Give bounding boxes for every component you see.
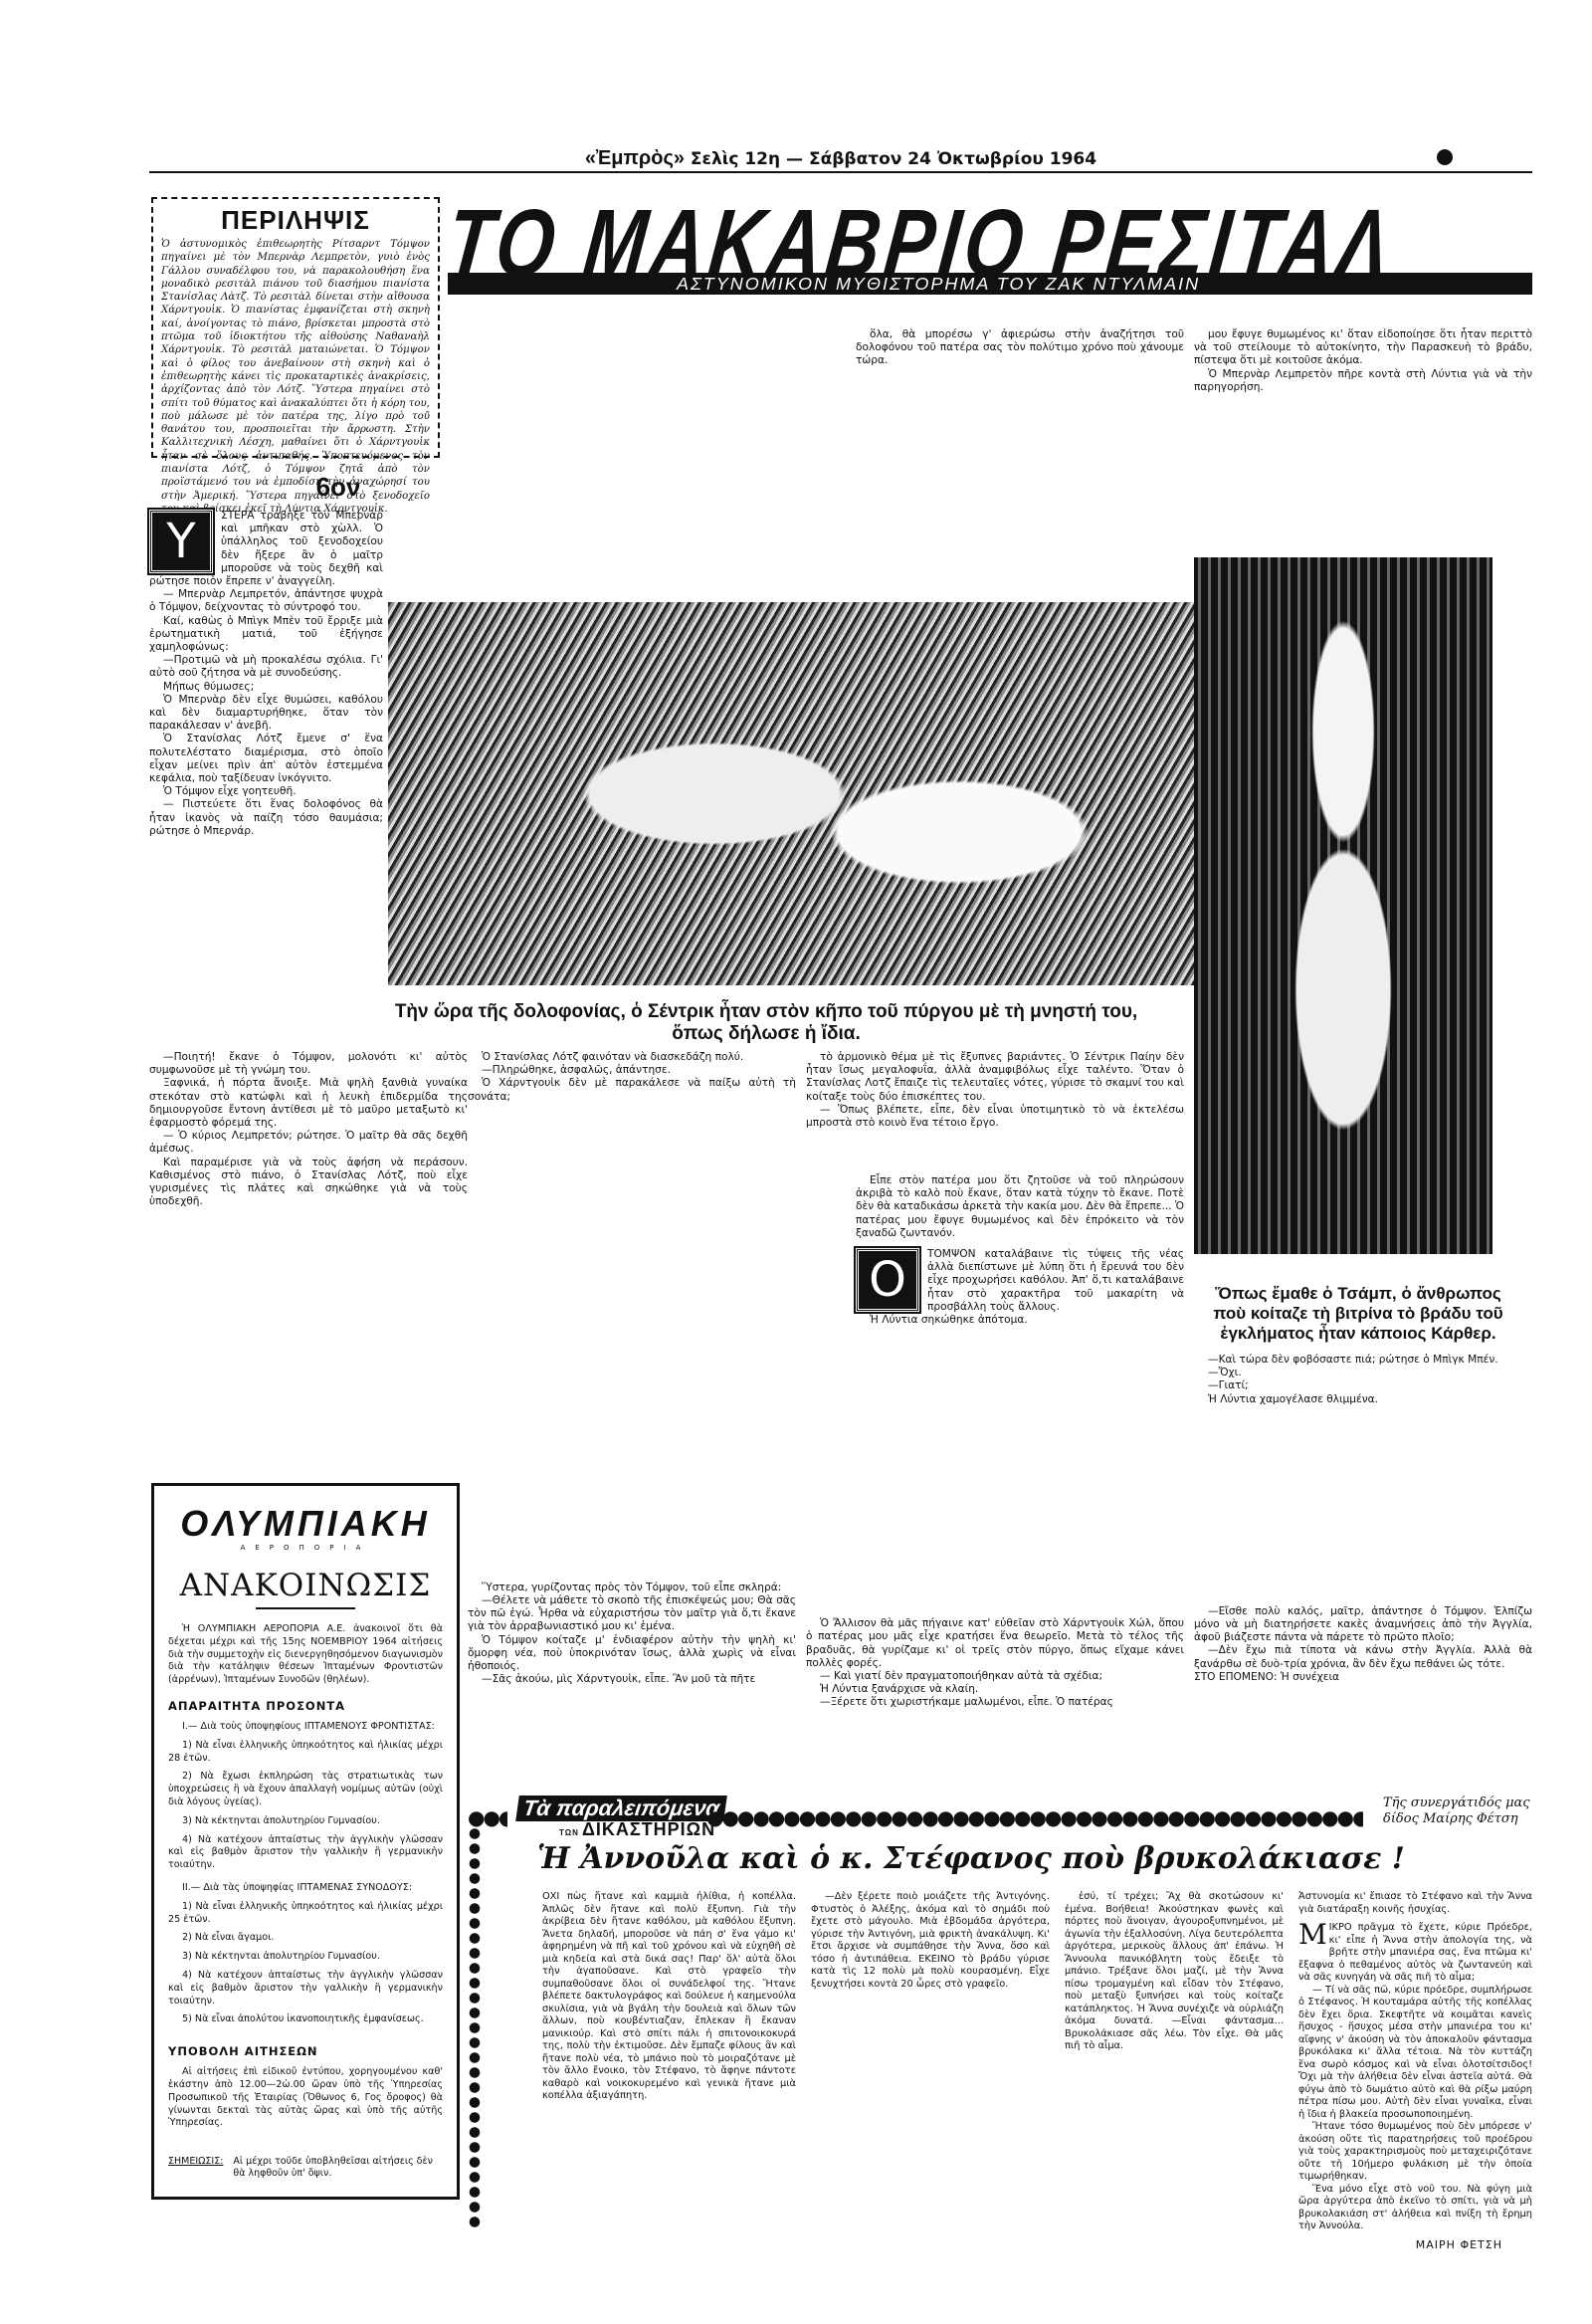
paragraph: Μήπως θύμωσες;: [149, 681, 383, 694]
announcement-intro: Ἡ ΟΛΥΜΠΙΑΚΗ ΑΕΡΟΠΟΡΙΑ Α.Ε. ἀνακοινοῖ ὅτι…: [168, 1623, 443, 1687]
paragraph: —Ποιητή! ἔκανε ὁ Τόμψον, μολονότι κι' αὐ…: [149, 1051, 468, 1077]
paragraph: —Ὄχι.: [1194, 1367, 1532, 1379]
serial-column-1-continued: —Ποιητή! ἔκανε ὁ Τόμψον, μολονότι κι' αὐ…: [149, 1051, 468, 1208]
paragraph: — Ὅπως βλέπετε, εἶπε, δὲν εἶναι ὑποτιμητ…: [806, 1104, 1184, 1130]
requirement-item: 5) Νὰ εἶναι ἀπολύτου ἱκανοποιητικῆς ἐμφα…: [168, 2013, 443, 2026]
serial-column-4: ὅλα, θὰ μπορέσω γ' ἀφιερώσω στὴν ἀναζήτη…: [856, 328, 1184, 368]
olympic-airways-announcement: ΟΛΥΜΠΙΑΚΗ ΑΕΡΟΠΟΡΙΑ ΑΝΑΚΟΙΝΩΣΙΣ Ἡ ΟΛΥΜΠΙ…: [151, 1483, 460, 2200]
byline: Τῆς συνεργάτιδός μας δίδος Μαίρης Φέτση: [1383, 1796, 1530, 1827]
paragraph: — Τί νὰ σᾶς πῶ, κύριε πρόεδρε, συμπλήρωσ…: [1298, 1985, 1532, 2122]
paragraph: Ξαφνικά, ἡ πόρτα ἄνοιξε. Μιὰ ψηλὴ ξανθιὰ…: [149, 1077, 468, 1130]
court-column-brand: Τὰ παραλειπόμενα: [515, 1796, 727, 1821]
note: ΣΗΜΕΙΩΣΙΣ: Αἱ μέχρι τοῦδε ὑποβληθεῖσαι α…: [168, 2156, 443, 2180]
paragraph: Ὁ Τόμψον κοίταζε μ' ἐνδιαφέρον αὐτὴν τὴν…: [468, 1634, 796, 1674]
illustration-murder-scene: [388, 602, 1204, 985]
masthead-separator: —: [786, 149, 803, 169]
paragraph: Ἡ Λύντια χαμογέλασε θλιμμένα.: [1194, 1393, 1532, 1406]
olympic-logo-subtitle: ΑΕΡΟΠΟΡΙΑ: [168, 1544, 443, 1552]
section-heading: ΙΙ.— Διὰ τὰς ὑποψηφίας ΙΠΤΑΜΕΝΑΣ ΣΥΝΟΔΟΥ…: [168, 1882, 443, 1895]
paragraph: ΙΚΡΟ πρᾶγμα τὸ ἔχετε, κύριε Πρόεδρε, κι'…: [1298, 1922, 1532, 1983]
byline-line-2: δίδος Μαίρης Φέτση: [1383, 1811, 1530, 1827]
paragraph: Ὁ Μπερνὰρ δὲν εἶχε θυμώσει, καθόλου καὶ …: [149, 694, 383, 734]
court-column-2: —Δὲν ξέρετε ποιὸ μοιάζετε τῆς Ἀντιγόνης.…: [811, 1891, 1050, 1991]
paragraph: —Προτιμῶ νὰ μὴ προκαλέσω σχόλια. Γι' αὐτ…: [149, 654, 383, 680]
court-column-1: ΟΧΙ πὼς ἤτανε καὶ καμμιὰ ἠλίθια, ἡ κοπέλ…: [542, 1891, 796, 2103]
paragraph: ἐσύ, τί τρέχει; Ἂχ θὰ σκοτώσουν κι' ἐμέν…: [1065, 1891, 1284, 2053]
paragraph: Ἀστυνομία κι' ἔπιασε τὸ Στέφανο καὶ τὴν …: [1298, 1891, 1532, 1916]
paragraph: Ὁ Στανίσλας Λότζ ἔμενε σ' ἕνα πολυτελέστ…: [149, 733, 383, 785]
paragraph: ΟΧΙ πὼς ἤτανε καὶ καμμιὰ ἠλίθια, ἡ κοπέλ…: [542, 1891, 796, 2103]
olympic-logo: ΟΛΥΜΠΙΑΚΗ: [168, 1506, 443, 1542]
serial-subtitle: ΑΣΤΥΝΟΜΙΚΟΝ ΜΥΘΙΣΤΟΡΗΜΑ ΤΟΥ ΖΑΚ ΝΤΥΛΜΑΙΝ: [448, 273, 1532, 295]
paragraph: Ὁ Μπερνὰρ Λεμπρετὸν πῆρε κοντὰ στὴ Λύντι…: [1194, 368, 1532, 394]
serial-column-1: Υ ΣΤΕΡΑ τράβηξε τὸν Μπερνὰρ καὶ μπῆκαν σ…: [149, 510, 383, 838]
paragraph-with-dropcap: Μ ΙΚΡΟ πρᾶγμα τὸ ἔχετε, κύριε Πρόεδρε, κ…: [1298, 1922, 1532, 1985]
paragraph: ὅλα, θὰ μπορέσω γ' ἀφιερώσω στὴν ἀναζήτη…: [856, 328, 1184, 368]
court-column-3: ἐσύ, τί τρέχει; Ἂχ θὰ σκοτώσουν κι' ἐμέν…: [1065, 1891, 1284, 2053]
serial-title-banner: ΤΟ ΜΑΚΑΒΡΙΟ ΡΕΣΙΤΑΛ ΑΣΤΥΝΟΜΙΚΟΝ ΜΥΘΙΣΤΟΡ…: [448, 201, 1532, 296]
requirement-item: 2) Νὰ εἶναι ἄγαμοι.: [168, 1932, 443, 1945]
paragraph: — Μπερνὰρ Λεμπρετόν, ἀπάντησε ψυχρὰ ὁ Τό…: [149, 588, 383, 614]
announcement-title: ΑΝΑΚΟΙΝΩΣΙΣ: [168, 1568, 443, 1603]
paragraph: Ἡ Λύντια σηκώθηκε ἀπότομα.: [856, 1314, 1184, 1327]
paragraph: —Δὲν ἔχω πιὰ τίποτα νὰ κάνω στὴν Ἀγγλία.…: [1194, 1644, 1532, 1670]
paragraph: Ἡ Λύντια ξανάρχισε νὰ κλαίη.: [806, 1683, 1184, 1696]
paragraph: —Σᾶς ἀκούω, μὶς Χάρντγουἱκ, εἶπε. Ἂν μοῦ…: [468, 1673, 796, 1686]
requirement-item: 3) Νὰ κέκτηνται ἀπολυτηρίου Γυμνασίου.: [168, 1815, 443, 1828]
paragraph: τὸ ἁρμονικὸ θέμα μὲ τὶς ἔξυπνες βαριάντε…: [806, 1051, 1184, 1104]
signature: ΜΑΙΡΗ ΦΕΤΣΗ: [1298, 2239, 1532, 2252]
dot-ornament-icon: ●●●●●●●●●●●●●●●●●●●●●●●●●●●●●●●●●●●●●●●●…: [706, 1807, 1363, 1827]
dropcap: Ο: [856, 1248, 919, 1312]
paragraph: —Εἴσθε πολὺ καλός, μαῖτρ, ἀπάντησε ὁ Τόμ…: [1194, 1605, 1532, 1645]
submission-heading: ΥΠΟΒΟΛΗ ΑΙΤΗΣΕΩΝ: [168, 2044, 443, 2058]
to-be-continued: ΣΤΟ ΕΠΟΜΕΝΟ: Ἡ συνέχεια: [1194, 1671, 1532, 1684]
paragraph: — Καὶ γιατί δὲν πραγματοποιήθηκαν αὐτὰ τ…: [806, 1670, 1184, 1683]
paragraph: Ὁ Χάρντγουἱκ δὲν μὲ παρακάλεσε νὰ παίξω …: [468, 1077, 796, 1103]
paragraph: μου ἔφυγε θυμωμένος κι' ὅταν εἰδοποίησε …: [1194, 328, 1532, 368]
serial-column-5-lower: —Καὶ τώρα δὲν φοβόσαστε πιά; ρώτησε ὁ Μπ…: [1194, 1354, 1532, 1684]
requirement-item: 4) Νὰ κατέχουν ἀπταίστως τὴν ἀγγλικὴν γλ…: [168, 1970, 443, 2007]
section-heading: Ι.— Διὰ τοὺς ὑποψηφίους ΙΠΤΑΜΕΝΟΥΣ ΦΡΟΝΤ…: [168, 1721, 443, 1734]
requirement-item: 3) Νὰ κέκτηνται ἀπολυτηρίου Γυμνασίου.: [168, 1951, 443, 1964]
paragraph: —Καὶ τώρα δὲν φοβόσαστε πιά; ρώτησε ὁ Μπ…: [1194, 1354, 1532, 1367]
paragraph: —Δὲν ξέρετε ποιὸ μοιάζετε τῆς Ἀντιγόνης.…: [811, 1891, 1050, 1991]
masthead: «Ἐμπρὸς» Σελὶς 12η — Σάββατον 24 Ὀκτωβρί…: [149, 147, 1532, 173]
divider: [256, 1607, 355, 1609]
paragraph: Ὁ Τόμψον εἶχε γοητευθῆ.: [149, 785, 383, 798]
ink-dot-icon: [1437, 149, 1453, 165]
court-column-brand-main: ΤΩΝΔΙΚΑΣΤΗΡΙΩΝ: [559, 1819, 715, 1840]
requirement-item: 1) Νὰ εἶναι ἑλληνικῆς ὑπηκοότητος καὶ ἡλ…: [168, 1901, 443, 1927]
page-number: Σελὶς 12η: [691, 149, 780, 169]
requirements-heading: ΑΠΑΡΑΙΤΗΤΑ ΠΡΟΣΟΝΤΑ: [168, 1699, 443, 1713]
paragraph: Ἕνα μόνο εἶχε στὸ νοῦ του. Νὰ φύγη μιὰ ὥ…: [1298, 2184, 1532, 2233]
serial-column-5: μου ἔφυγε θυμωμένος κι' ὅταν εἰδοποίησε …: [1194, 328, 1532, 394]
illustration-caption: Ὅπως ἔμαθε ὁ Τσάμπ, ὁ ἄνθρωπος ποὺ κοίτα…: [1209, 1284, 1507, 1344]
note-text: Αἱ μέχρι τοῦδε ὑποβληθεῖσαι αἰτήσεις δὲν…: [233, 2156, 443, 2180]
illustration-man-portrait: [1194, 557, 1492, 1254]
submission-text: Αἱ αἰτήσεις ἐπὶ εἰδικοῦ ἐντύπου, χορηγου…: [168, 2066, 443, 2130]
paragraph: Εἶπε στὸν πατέρα μου ὅτι ζητοῦσε νὰ τοῦ …: [856, 1174, 1184, 1240]
requirement-item: 2) Νὰ ἔχωσι ἐκπληρώση τὰς στρατιωτικὰς τ…: [168, 1771, 443, 1808]
issue-date: 24 Ὀκτωβρίου 1964: [907, 149, 1096, 169]
paragraph: —Ξέρετε ὅτι χωριστήκαμε μαλωμένοι, εἶπε.…: [806, 1696, 1184, 1709]
paragraph: — Ὁ κύριος Λεμπρετόν; ρώτησε. Ὁ μαῖτρ θὰ…: [149, 1130, 468, 1156]
note-label: ΣΗΜΕΙΩΣΙΣ:: [168, 2156, 223, 2180]
requirement-item: 1) Νὰ εἶναι ἑλληνικῆς ὑπηκοότητος καὶ ἡλ…: [168, 1740, 443, 1766]
paragraph: —Πληρώθηκε, ἀσφαλῶς, ἀπάντησε.: [468, 1064, 796, 1077]
newspaper-name: «Ἐμπρὸς»: [585, 147, 685, 169]
paragraph: Ὁ Στανίσλας Λότζ φαινόταν νὰ διασκεδάζη …: [468, 1051, 796, 1064]
paragraph: Καὶ παραμέρισε γιὰ νὰ τοὺς ἀφήση νὰ περά…: [149, 1157, 468, 1209]
court-headline: Ἡ Ἀννοῦλα καὶ ὁ κ. Στέφανος ποὺ βρυκολάκ…: [537, 1841, 1405, 1876]
chapter-number: 6ον: [149, 472, 527, 503]
serial-column-4-lower: Εἶπε στὸν πατέρα μου ὅτι ζητοῦσε νὰ τοῦ …: [856, 1174, 1184, 1327]
paragraph: Ὕστερα, γυρίζοντας πρὸς τὸν Τόμψον, τοῦ …: [468, 1582, 796, 1594]
brand-prefix: ΤΩΝ: [559, 1828, 579, 1837]
brand-main: ΔΙΚΑΣΤΗΡΙΩΝ: [582, 1819, 715, 1839]
issue-day: Σάββατον: [809, 149, 901, 169]
dropcap: Μ: [1298, 1922, 1327, 1948]
paragraph: Καί, καθὼς ὁ Μπὶγκ Μπὲν τοῦ ἔρριξε μιὰ ἐ…: [149, 615, 383, 655]
paragraph: —Θέλετε νὰ μάθετε τὸ σκοπὸ τῆς ἐπισκέψεώ…: [468, 1594, 796, 1634]
paragraph: — Πιστεύετε ὅτι ἕνας δολοφόνος θὰ ἦταν ἱ…: [149, 798, 383, 838]
illustration-caption: Τὴν ὥρα τῆς δολοφονίας, ὁ Σέντρικ ἦταν σ…: [388, 1001, 1144, 1045]
paragraph: Ὁ Ἄλλισον θὰ μᾶς πήγαινε κατ' εὐθεῖαν στ…: [806, 1617, 1184, 1670]
summary-box: ΠΕΡΙΛΗΨΙΣ Ὁ ἀστυνομικὸς ἐπιθεωρητὴς Ρίτσ…: [151, 197, 440, 458]
court-column-4: Ἀστυνομία κι' ἔπιασε τὸ Στέφανο καὶ τὴν …: [1298, 1891, 1532, 2251]
dropcap: Υ: [149, 510, 213, 573]
requirement-item: 4) Νὰ κατέχουν ἀπταίστως τὴν ἀγγλικὴν γλ…: [168, 1834, 443, 1872]
vertical-dot-ornament-icon: [468, 1811, 482, 2229]
byline-line-1: Τῆς συνεργάτιδός μας: [1383, 1796, 1530, 1811]
serial-column-3: τὸ ἁρμονικὸ θέμα μὲ τὶς ἔξυπνες βαριάντε…: [806, 1051, 1184, 1710]
serial-column-2: Ὁ Στανίσλας Λότζ φαινόταν νὰ διασκεδάζη …: [468, 1051, 796, 1686]
summary-title: ΠΕΡΙΛΗΨΙΣ: [161, 205, 430, 236]
paragraph: Ἤτανε τόσο θυμωμένος ποὺ δὲν μπόρεσε ν' …: [1298, 2121, 1532, 2184]
paragraph: —Γιατί;: [1194, 1379, 1532, 1392]
